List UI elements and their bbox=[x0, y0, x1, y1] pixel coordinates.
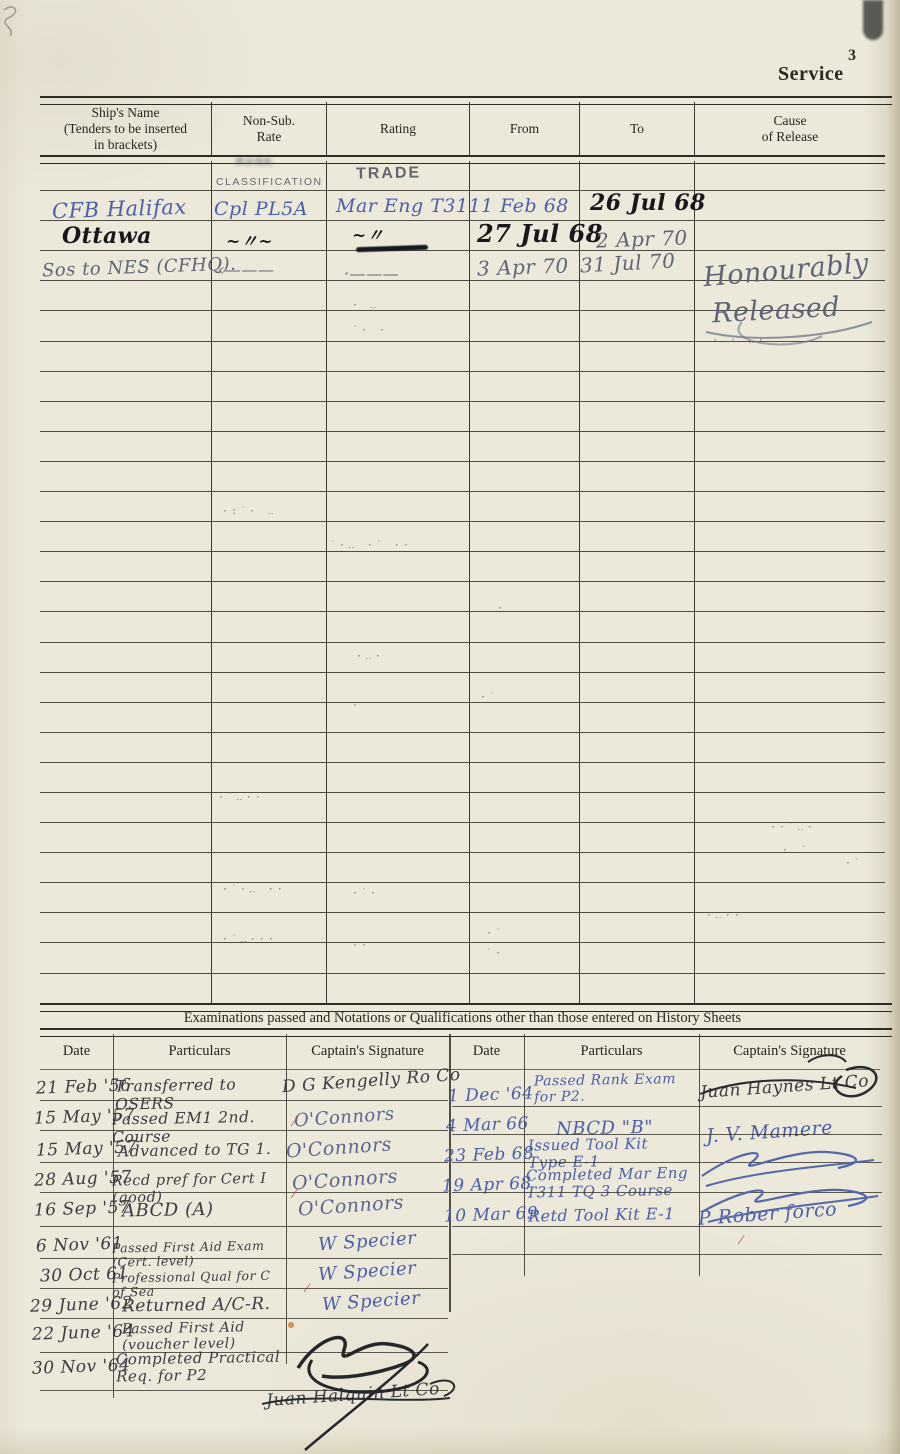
table-cell bbox=[212, 974, 327, 1003]
exam-date: 6 Nov '61 bbox=[36, 1234, 124, 1257]
ink-speckle: ˙· · bbox=[352, 325, 388, 336]
table-row bbox=[40, 853, 885, 883]
table-cell bbox=[580, 582, 695, 611]
table-cell bbox=[212, 311, 327, 340]
ink-speckle: ·‥· bbox=[356, 651, 384, 662]
table-cell bbox=[470, 281, 580, 310]
table-cell bbox=[327, 552, 470, 581]
table-cell bbox=[327, 492, 470, 521]
table-cell bbox=[40, 492, 212, 521]
table-cell bbox=[580, 372, 695, 401]
hw-from-3: 3 Apr 70 bbox=[477, 254, 569, 280]
table-cell bbox=[212, 612, 327, 641]
table-cell bbox=[327, 342, 470, 371]
table-cell bbox=[212, 522, 327, 551]
table-row bbox=[40, 823, 885, 853]
table-cell bbox=[40, 883, 212, 912]
table-cell bbox=[470, 161, 580, 190]
exam-particulars: Completed Practical Req. for P2 bbox=[116, 1348, 292, 1386]
table-cell bbox=[327, 643, 470, 672]
table-cell bbox=[470, 372, 580, 401]
table-cell bbox=[212, 552, 327, 581]
table-cell bbox=[470, 763, 580, 792]
table-cell bbox=[40, 522, 212, 551]
column-header-rating: Rating bbox=[327, 102, 470, 155]
table-cell bbox=[327, 943, 470, 972]
table-cell bbox=[40, 311, 212, 340]
table-cell bbox=[580, 793, 695, 822]
exam-signature: Juan Haynes Lt Co bbox=[700, 1072, 870, 1103]
table-cell bbox=[470, 432, 580, 461]
hw-rate-2: ~〃~ bbox=[226, 233, 273, 253]
table-cell bbox=[470, 853, 580, 882]
table-cell bbox=[212, 432, 327, 461]
table-cell bbox=[580, 823, 695, 852]
exam-heading: Examinations passed and Notations or Qua… bbox=[40, 1009, 885, 1027]
table-cell bbox=[695, 402, 885, 431]
table-cell bbox=[580, 492, 695, 521]
ink-speckle: ˙·‥ ·˙ ·· bbox=[330, 540, 412, 551]
exam-signature: O'Connors bbox=[297, 1192, 404, 1221]
table-cell bbox=[695, 883, 885, 912]
ink-speckle: ˙· bbox=[486, 948, 504, 959]
table-cell bbox=[327, 432, 470, 461]
table-cell bbox=[212, 703, 327, 732]
page-number: 3 bbox=[848, 46, 856, 66]
hw-from-2: 27 Jul 68 bbox=[477, 220, 603, 248]
exam-column-signature-right: Captain's Signature bbox=[699, 1034, 880, 1068]
table-cell bbox=[695, 462, 885, 491]
table-cell bbox=[40, 342, 212, 371]
hw-rating-3: ·——— bbox=[344, 265, 399, 283]
table-row bbox=[40, 612, 885, 642]
exam-date: 1 Dec '64 bbox=[448, 1085, 534, 1108]
table-cell bbox=[327, 823, 470, 852]
table-cell bbox=[40, 462, 212, 491]
table-row bbox=[40, 763, 885, 793]
table-row bbox=[40, 161, 885, 191]
table-cell bbox=[40, 943, 212, 972]
exam-column-signature-left: Captain's Signature bbox=[286, 1034, 449, 1068]
table-cell bbox=[327, 612, 470, 641]
exam-column-particulars-left: Particulars bbox=[113, 1034, 286, 1068]
table-cell bbox=[212, 372, 327, 401]
table-cell bbox=[40, 432, 212, 461]
table-cell bbox=[40, 733, 212, 762]
exam-date: 16 Sep '57 bbox=[34, 1198, 131, 1221]
signature-scrawl bbox=[706, 1160, 874, 1186]
column-header-non-sub-rate: Non-Sub. Rate bbox=[212, 102, 327, 155]
exam-rule bbox=[452, 1106, 882, 1107]
table-cell bbox=[695, 673, 885, 702]
table-cell bbox=[40, 161, 212, 190]
table-cell bbox=[40, 582, 212, 611]
table-cell bbox=[212, 582, 327, 611]
table-cell bbox=[470, 703, 580, 732]
table-cell bbox=[40, 552, 212, 581]
hw-rating-2: ~〃 bbox=[352, 227, 384, 247]
exam-table-header: Date Particulars Captain's Signature Dat… bbox=[40, 1034, 880, 1068]
table-cell bbox=[40, 793, 212, 822]
exam-rule bbox=[452, 1192, 882, 1193]
ink-speckle: ·‥·· bbox=[706, 910, 743, 921]
exam-rule bbox=[40, 1100, 448, 1101]
table-row bbox=[40, 432, 885, 462]
table-cell bbox=[695, 522, 885, 551]
pencil-scribble bbox=[4, 7, 16, 36]
table-row bbox=[40, 974, 885, 1004]
red-tick-mark: ∕ bbox=[306, 1280, 308, 1296]
table-cell bbox=[695, 974, 885, 1003]
table-row bbox=[40, 492, 885, 522]
table-cell bbox=[695, 432, 885, 461]
table-cell bbox=[40, 703, 212, 732]
ink-speckle: ·˙‥·· bbox=[218, 792, 264, 803]
table-row bbox=[40, 582, 885, 612]
hw-ship-1: CFB Halifax bbox=[52, 195, 187, 224]
table-cell bbox=[470, 492, 580, 521]
table-cell bbox=[695, 763, 885, 792]
exam-rule bbox=[40, 1390, 448, 1391]
table-cell bbox=[580, 763, 695, 792]
exam-date: 22 June '64 bbox=[32, 1322, 136, 1345]
table-cell bbox=[40, 281, 212, 310]
table-cell bbox=[327, 311, 470, 340]
exam-rule bbox=[452, 1254, 882, 1255]
table-cell bbox=[470, 582, 580, 611]
table-row bbox=[40, 643, 885, 673]
table-cell bbox=[40, 372, 212, 401]
table-cell bbox=[212, 853, 327, 882]
ink-speckle: ·˙‥··· bbox=[222, 934, 277, 945]
table-cell bbox=[40, 643, 212, 672]
exam-signature: O'Connors bbox=[285, 1134, 392, 1163]
table-row bbox=[40, 342, 885, 372]
table-cell bbox=[327, 673, 470, 702]
table-cell bbox=[40, 612, 212, 641]
table-cell bbox=[40, 673, 212, 702]
table-cell bbox=[580, 342, 695, 371]
table-row bbox=[40, 673, 885, 703]
exam-date: 19 Apr 68 bbox=[442, 1174, 532, 1197]
exam-rule bbox=[40, 1226, 448, 1227]
table-cell bbox=[327, 883, 470, 912]
table-cell bbox=[695, 221, 885, 250]
hw-rating-1: Mar Eng T311 bbox=[336, 196, 481, 218]
exam-particulars: Returned A/C-R. bbox=[122, 1294, 297, 1317]
table-row bbox=[40, 883, 885, 913]
table-cell bbox=[695, 161, 885, 190]
red-tick-mark: ∕ bbox=[740, 1232, 742, 1248]
exam-particulars: Completed Mar Eng T311 TQ 3 Course bbox=[526, 1164, 707, 1202]
ink-speckle: · bbox=[352, 700, 361, 711]
table-cell bbox=[580, 673, 695, 702]
table-cell bbox=[580, 432, 695, 461]
ink-speckle: ·˙·‥ ·· bbox=[222, 884, 286, 895]
smudged-stamp: RANK bbox=[236, 156, 274, 168]
table-cell bbox=[40, 913, 212, 942]
table-cell bbox=[695, 492, 885, 521]
table-cell bbox=[580, 161, 695, 190]
table-row bbox=[40, 372, 885, 402]
corner-ink-blob bbox=[863, 0, 883, 40]
service-heading: Service bbox=[778, 62, 844, 87]
table-cell bbox=[580, 552, 695, 581]
signature-scrawl bbox=[702, 1152, 856, 1176]
column-header-cause-of-release: Cause of Release bbox=[695, 102, 885, 155]
signature-scrawl bbox=[298, 1338, 414, 1378]
table-cell bbox=[580, 643, 695, 672]
table-cell bbox=[580, 883, 695, 912]
ink-speckle: ·˙ bbox=[486, 928, 504, 939]
table-cell bbox=[695, 793, 885, 822]
table-row bbox=[40, 552, 885, 582]
table-cell bbox=[327, 462, 470, 491]
exam-signature: O'Connors bbox=[293, 1105, 395, 1133]
table-cell bbox=[470, 793, 580, 822]
table-row bbox=[40, 733, 885, 763]
table-cell bbox=[695, 733, 885, 762]
table-cell bbox=[327, 733, 470, 762]
exam-signature: D G Kengelly Ro Co bbox=[282, 1066, 462, 1098]
table-cell bbox=[470, 974, 580, 1003]
service-table-header: Ship's Name (Tenders to be inserted in b… bbox=[40, 102, 885, 155]
table-cell bbox=[580, 311, 695, 340]
ink-speckle: ··˙‥· bbox=[770, 822, 816, 833]
table-row bbox=[40, 221, 885, 251]
exam-signature: W Specier bbox=[317, 1229, 417, 1256]
exam-rule bbox=[452, 1134, 882, 1135]
exam-rule bbox=[40, 1130, 448, 1131]
ink-speckle: ·:˙· ‥ bbox=[222, 506, 277, 517]
table-cell bbox=[327, 913, 470, 942]
exam-date: 10 Mar 69 bbox=[444, 1204, 539, 1227]
table-cell bbox=[695, 372, 885, 401]
table-cell bbox=[580, 522, 695, 551]
ink-speckle: ·˙· bbox=[352, 888, 379, 899]
table-cell bbox=[212, 402, 327, 431]
exam-particulars: Advanced to TG 1. bbox=[118, 1140, 293, 1161]
table-cell bbox=[212, 643, 327, 672]
exam-rule bbox=[40, 1162, 448, 1163]
exam-column-date-left: Date bbox=[40, 1034, 113, 1068]
orange-dot-mark bbox=[288, 1322, 294, 1328]
table-cell bbox=[327, 372, 470, 401]
ink-speckle: · bbox=[497, 603, 506, 614]
table-cell bbox=[580, 612, 695, 641]
table-cell bbox=[580, 703, 695, 732]
exam-rule bbox=[452, 1226, 882, 1227]
table-cell bbox=[327, 281, 470, 310]
table-cell bbox=[580, 943, 695, 972]
ink-speckle: ·· bbox=[352, 940, 370, 951]
table-cell bbox=[327, 974, 470, 1003]
table-cell bbox=[695, 943, 885, 972]
table-cell bbox=[212, 342, 327, 371]
table-cell bbox=[470, 612, 580, 641]
table-cell bbox=[40, 823, 212, 852]
trade-stamp: TRADE bbox=[356, 164, 421, 183]
classification-stamp: CLASSIFICATION bbox=[216, 176, 323, 188]
ink-speckle: · ‥ bbox=[352, 300, 380, 311]
hw-to-1: 26 Jul 68 bbox=[590, 191, 706, 216]
exam-particulars: Passed First Aid Exam (Cert. level) bbox=[112, 1238, 287, 1270]
table-cell bbox=[470, 823, 580, 852]
hw-ship-2: Ottawa bbox=[62, 224, 152, 249]
exam-particulars: Retd Tool Kit E-1 bbox=[528, 1204, 708, 1226]
table-cell bbox=[40, 763, 212, 792]
table-cell bbox=[327, 703, 470, 732]
table-cell bbox=[470, 342, 580, 371]
table-cell bbox=[40, 853, 212, 882]
table-row bbox=[40, 703, 885, 733]
scanned-service-record-page: 3 Service Ship's Name (Tenders to be ins… bbox=[0, 0, 900, 1454]
ink-speckle: ·‥˙ bbox=[782, 845, 810, 856]
table-cell bbox=[212, 823, 327, 852]
table-cell bbox=[580, 913, 695, 942]
table-cell bbox=[470, 462, 580, 491]
ink-speckle: ·˙ bbox=[480, 692, 498, 703]
table-row bbox=[40, 793, 885, 823]
table-row bbox=[40, 943, 885, 973]
table-cell bbox=[327, 793, 470, 822]
table-cell bbox=[327, 402, 470, 431]
table-cell bbox=[212, 943, 327, 972]
column-header-ship-name: Ship's Name (Tenders to be inserted in b… bbox=[40, 102, 212, 155]
exam-signature: W Specier bbox=[321, 1289, 421, 1316]
table-cell bbox=[212, 673, 327, 702]
exam-date: 23 Feb 68 bbox=[444, 1144, 535, 1167]
table-cell bbox=[470, 522, 580, 551]
table-cell bbox=[695, 643, 885, 672]
table-cell bbox=[212, 281, 327, 310]
exam-rule bbox=[452, 1162, 882, 1163]
hw-rate-3: ‹——— bbox=[218, 261, 274, 279]
table-cell bbox=[212, 462, 327, 491]
column-header-from: From bbox=[470, 102, 580, 155]
table-cell bbox=[327, 853, 470, 882]
ink-speckle: ·˙ bbox=[845, 858, 863, 869]
table-row bbox=[40, 522, 885, 552]
table-cell bbox=[580, 733, 695, 762]
table-cell bbox=[470, 643, 580, 672]
table-row bbox=[40, 913, 885, 943]
exam-column-date-right: Date bbox=[449, 1034, 524, 1068]
table-cell bbox=[580, 402, 695, 431]
exam-particulars: ABCD (A) bbox=[122, 1198, 297, 1222]
table-cell bbox=[695, 582, 885, 611]
table-cell bbox=[212, 763, 327, 792]
red-tick-mark: ∕ bbox=[293, 1186, 295, 1202]
table-cell bbox=[212, 733, 327, 762]
hw-from-1: 1 Feb 68 bbox=[481, 196, 569, 218]
table-row bbox=[40, 402, 885, 432]
table-row bbox=[40, 462, 885, 492]
table-cell bbox=[470, 733, 580, 762]
table-cell bbox=[470, 883, 580, 912]
exam-date: 29 June '62 bbox=[30, 1294, 134, 1317]
table-cell bbox=[695, 552, 885, 581]
exam-particulars: Passed Rank Exam for P2. bbox=[534, 1070, 715, 1105]
table-cell bbox=[470, 552, 580, 581]
exam-column-particulars-right: Particulars bbox=[524, 1034, 699, 1068]
table-cell bbox=[327, 582, 470, 611]
table-cell bbox=[695, 612, 885, 641]
ink-speckle: ·˙· ‥· bbox=[712, 335, 767, 346]
table-cell bbox=[695, 191, 885, 220]
exam-signature: Juan Halquin Lt Co bbox=[266, 1380, 441, 1412]
table-cell bbox=[327, 763, 470, 792]
table-cell bbox=[470, 402, 580, 431]
exam-signature: W Specier bbox=[317, 1259, 417, 1286]
table-cell bbox=[40, 974, 212, 1003]
table-cell bbox=[580, 974, 695, 1003]
table-cell bbox=[580, 853, 695, 882]
table-cell bbox=[470, 311, 580, 340]
red-tick-mark: ∕ bbox=[293, 1114, 295, 1130]
column-header-to: To bbox=[580, 102, 695, 155]
table-cell bbox=[695, 703, 885, 732]
table-cell bbox=[40, 402, 212, 431]
table-cell bbox=[580, 281, 695, 310]
hw-rate-1: Cpl PL5A bbox=[214, 199, 308, 221]
table-cell bbox=[580, 462, 695, 491]
